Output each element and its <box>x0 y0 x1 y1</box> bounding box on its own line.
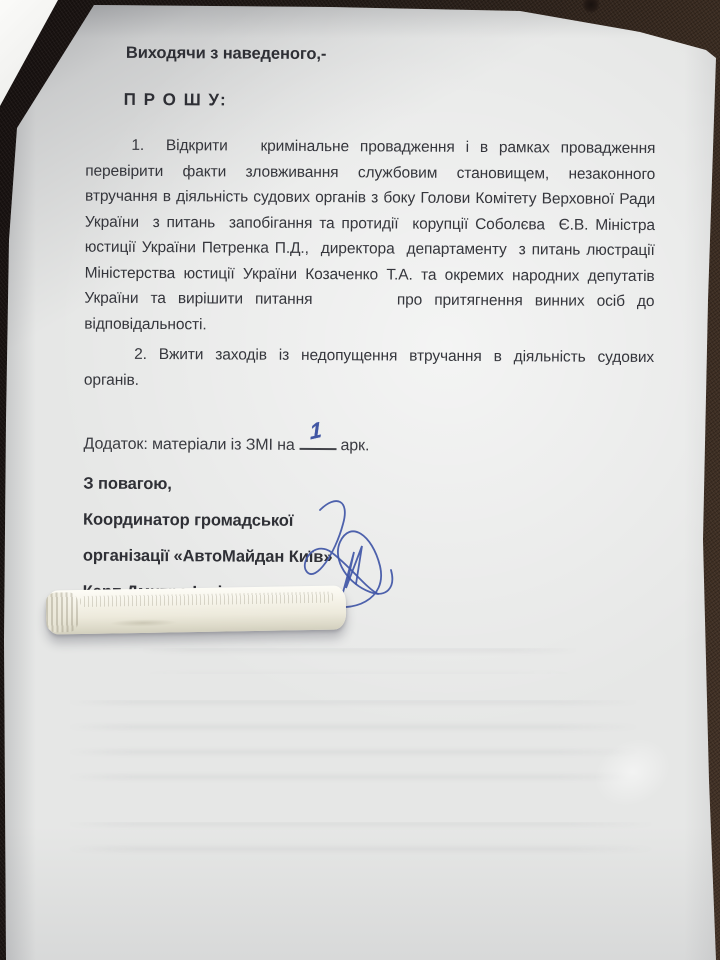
paragraph-1-line: Міністерства юстиції України Козаченко Т… <box>85 260 655 289</box>
straw-wrapper-dent <box>98 618 188 628</box>
paragraph-1-line: України та вирішити питання про притягне… <box>84 286 654 315</box>
letter-page: Виходячи з наведеного,- П Р О Ш У: 1. Ві… <box>0 0 720 960</box>
attachment-line: Додаток: матеріали із ЗМІ на 1 арк. <box>83 423 653 459</box>
wrapped-straw <box>46 585 347 634</box>
reverse-text-showthrough <box>140 648 580 674</box>
reverse-text-showthrough <box>66 700 641 798</box>
debris-on-fabric <box>582 0 600 15</box>
paragraph-1-line: перевірити факти зловживання службовим с… <box>85 158 655 187</box>
photo-of-document: Виходячи з наведеного,- П Р О Ш У: 1. Ві… <box>0 0 720 960</box>
request-heading: П Р О Ш У: <box>124 88 656 114</box>
paragraph-1-line: 1. Відкрити кримінальне провадження і в … <box>85 133 655 162</box>
attachment-suffix: арк. <box>340 437 369 454</box>
reverse-text-showthrough <box>66 822 656 870</box>
paragraph-1: 1. Відкрити кримінальне провадження і в … <box>84 133 655 340</box>
paragraph-1-line: України з питань запобігання та протидії… <box>85 209 655 238</box>
sheet-count-blank: 1 <box>299 424 336 450</box>
paragraph-2: 2. Вжити заходів із недопущення втручанн… <box>84 342 654 396</box>
handwritten-sheet-count: 1 <box>309 419 322 444</box>
intro-line: Виходячи з наведеного,- <box>126 43 656 67</box>
paragraph-2-line: 2. Вжити заходів із недопущення втручанн… <box>84 342 654 371</box>
paragraph-1-line: відповідальності. <box>84 311 654 340</box>
attachment-prefix: Додаток: матеріали із ЗМІ на <box>83 436 294 454</box>
paper-corner-mark <box>21 81 31 89</box>
paragraph-1-line: втручання в діяльність судових органів з… <box>85 184 655 213</box>
paragraph-1-line: юстиції України Петренка П.Д., директора… <box>85 235 655 264</box>
paragraph-2-line: органів. <box>84 367 654 396</box>
